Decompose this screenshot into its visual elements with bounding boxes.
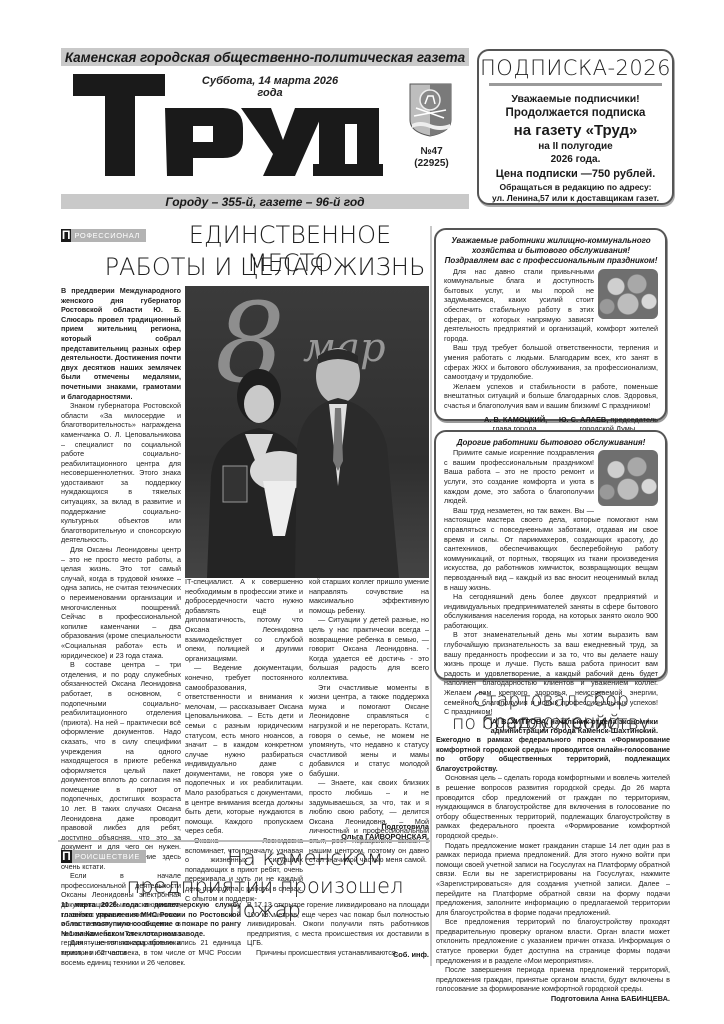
roses-bouquet-icon xyxy=(598,450,658,506)
main-article-signature: Подготовила Ольга ГАЙВОРОНСКАЯ. xyxy=(309,822,429,841)
section-divider xyxy=(58,840,430,842)
fire-article-column-1: 11 марта 2026 года в диспетчерскую служб… xyxy=(61,900,241,967)
subscription-newspaper: на газету «Труд» xyxy=(479,121,672,140)
newspaper-tagline: Каменская городская общественно-политиче… xyxy=(65,50,465,65)
paragraph: В 17.13 открытое горение ликвидировано н… xyxy=(247,900,429,948)
issue-date: Суббота, 14 марта 2026 года xyxy=(190,75,350,99)
paragraph: После завершения периода приема предложе… xyxy=(436,965,670,994)
greeting-services-box: Дорогие работники бытового обслуживания!… xyxy=(434,430,667,680)
rubric-professional: П рофессионал xyxy=(61,229,146,242)
issue-number-current: №47 xyxy=(404,146,459,158)
fire-headline-line1: На каменском xyxy=(190,846,420,870)
coat-of-arms-icon xyxy=(408,82,453,137)
rubric-cap: П xyxy=(61,229,71,242)
subscription-price: Цена подписки —750 рублей. xyxy=(479,166,672,182)
greeting-housing-subheading: Поздравляем вас с профессиональным празд… xyxy=(444,256,658,266)
rubric-label: роисшествие xyxy=(75,852,146,861)
award-ceremony-photo-icon: 8 мар xyxy=(185,286,429,578)
subscription-line: Продолжается подписка xyxy=(479,106,672,121)
paragraph: Для тушения пожара привлекались 21 едини… xyxy=(61,938,241,967)
subscription-year: 2026 года. xyxy=(479,153,672,166)
subscription-address: ул. Ленина,57 или к доставщикам газет. xyxy=(479,193,672,204)
paragraph: кой старших коллег пришло умение направл… xyxy=(309,577,429,615)
greeting-housing-box: Уважаемые работники жилищно-коммунальног… xyxy=(434,228,667,421)
paragraph: IT-специалист. А к совершенно необходимы… xyxy=(185,577,303,663)
paragraph: Ваш труд требует большой ответственности… xyxy=(444,343,658,381)
signer-title: председатель xyxy=(610,415,658,424)
issue-number: №47 (22925) xyxy=(404,146,459,170)
paragraph: На сегодняшний день более двухсот предпр… xyxy=(444,592,658,630)
subscription-title: ПОДПИСКА-2026 xyxy=(479,56,672,80)
article-photo: 8 мар xyxy=(185,286,429,578)
anniversary-bar: Городу – 355-й, газете – 96-й год xyxy=(61,194,469,209)
signer-name: Ю. С. АЛАЕВ, xyxy=(559,415,608,424)
rubric-incident: П роисшествие xyxy=(61,850,146,863)
roses-bouquet-icon xyxy=(598,269,658,319)
fire-article-signature: Соб. инф. xyxy=(247,950,429,960)
paragraph: Основная цель – сделать города комфортны… xyxy=(436,773,670,840)
paragraph: Подать предложение может гражданин старш… xyxy=(436,841,670,918)
paragraph: — Ситуации у детей разные, но цель у нас… xyxy=(309,615,429,682)
improvement-article-signature: Подготовила Анна БАБИНЦЕВА. xyxy=(436,994,670,1004)
fire-article-column-2: В 17.13 открытое горение ликвидировано н… xyxy=(247,900,429,958)
main-article-lead: В преддверии Международного женского дня… xyxy=(61,286,181,401)
subscription-contact: Обращаться в редакцию по адресу: xyxy=(479,182,672,193)
tagline-bar: Каменская городская общественно-политиче… xyxy=(61,48,469,66)
paragraph: — Ведение документации, конечно, требует… xyxy=(185,663,303,836)
greeting-housing-heading: Уважаемые работники жилищно-коммунальног… xyxy=(444,236,658,256)
fire-article-lead: 11 марта 2026 года в диспетчерскую служб… xyxy=(61,900,241,938)
improvement-headline-line2: по благоустройству xyxy=(432,713,670,735)
paragraph: Эти счастливые моменты в жизни центра, а… xyxy=(309,683,429,779)
anniversary-text: Городу – 355-й, газете – 96-й год xyxy=(165,195,364,209)
signer-name: А. В. КАМОЦКИЙ, xyxy=(484,415,547,424)
paragraph: Для Оксаны Леонидовны центр – это не про… xyxy=(61,545,181,660)
subscription-period: на II полугодие xyxy=(479,140,672,153)
rubric-label: рофессионал xyxy=(74,231,146,240)
paragraph: Желаем успехов и стабильности в работе, … xyxy=(444,382,658,411)
main-headline-line2: РАБОТЫ И ЦЕЛАЯ ЖИЗНЬ xyxy=(60,254,430,282)
column-divider xyxy=(430,226,432,966)
issue-number-total: (22925) xyxy=(404,158,459,170)
improvement-article-lead: Ежегодно в рамках федерального проекта «… xyxy=(436,735,670,773)
paragraph: Все предложения территорий по благоустро… xyxy=(436,917,670,965)
paragraph: Знаком губернатора Ростовской области «З… xyxy=(61,401,181,545)
paragraph: Ваш труд незаметен, но так важен. Вы — н… xyxy=(444,506,658,592)
subscription-divider xyxy=(489,83,662,86)
rubric-cap: П xyxy=(61,850,72,863)
improvement-article-body: Ежегодно в рамках федерального проекта «… xyxy=(436,735,670,1004)
subscription-box: ПОДПИСКА-2026 Уважаемые подписчики! Прод… xyxy=(477,49,674,205)
greeting-services-heading: Дорогие работники бытового обслуживания! xyxy=(444,438,658,448)
signature-prefix: Подготовила xyxy=(309,822,429,832)
subscription-greeting: Уважаемые подписчики! xyxy=(479,92,672,106)
